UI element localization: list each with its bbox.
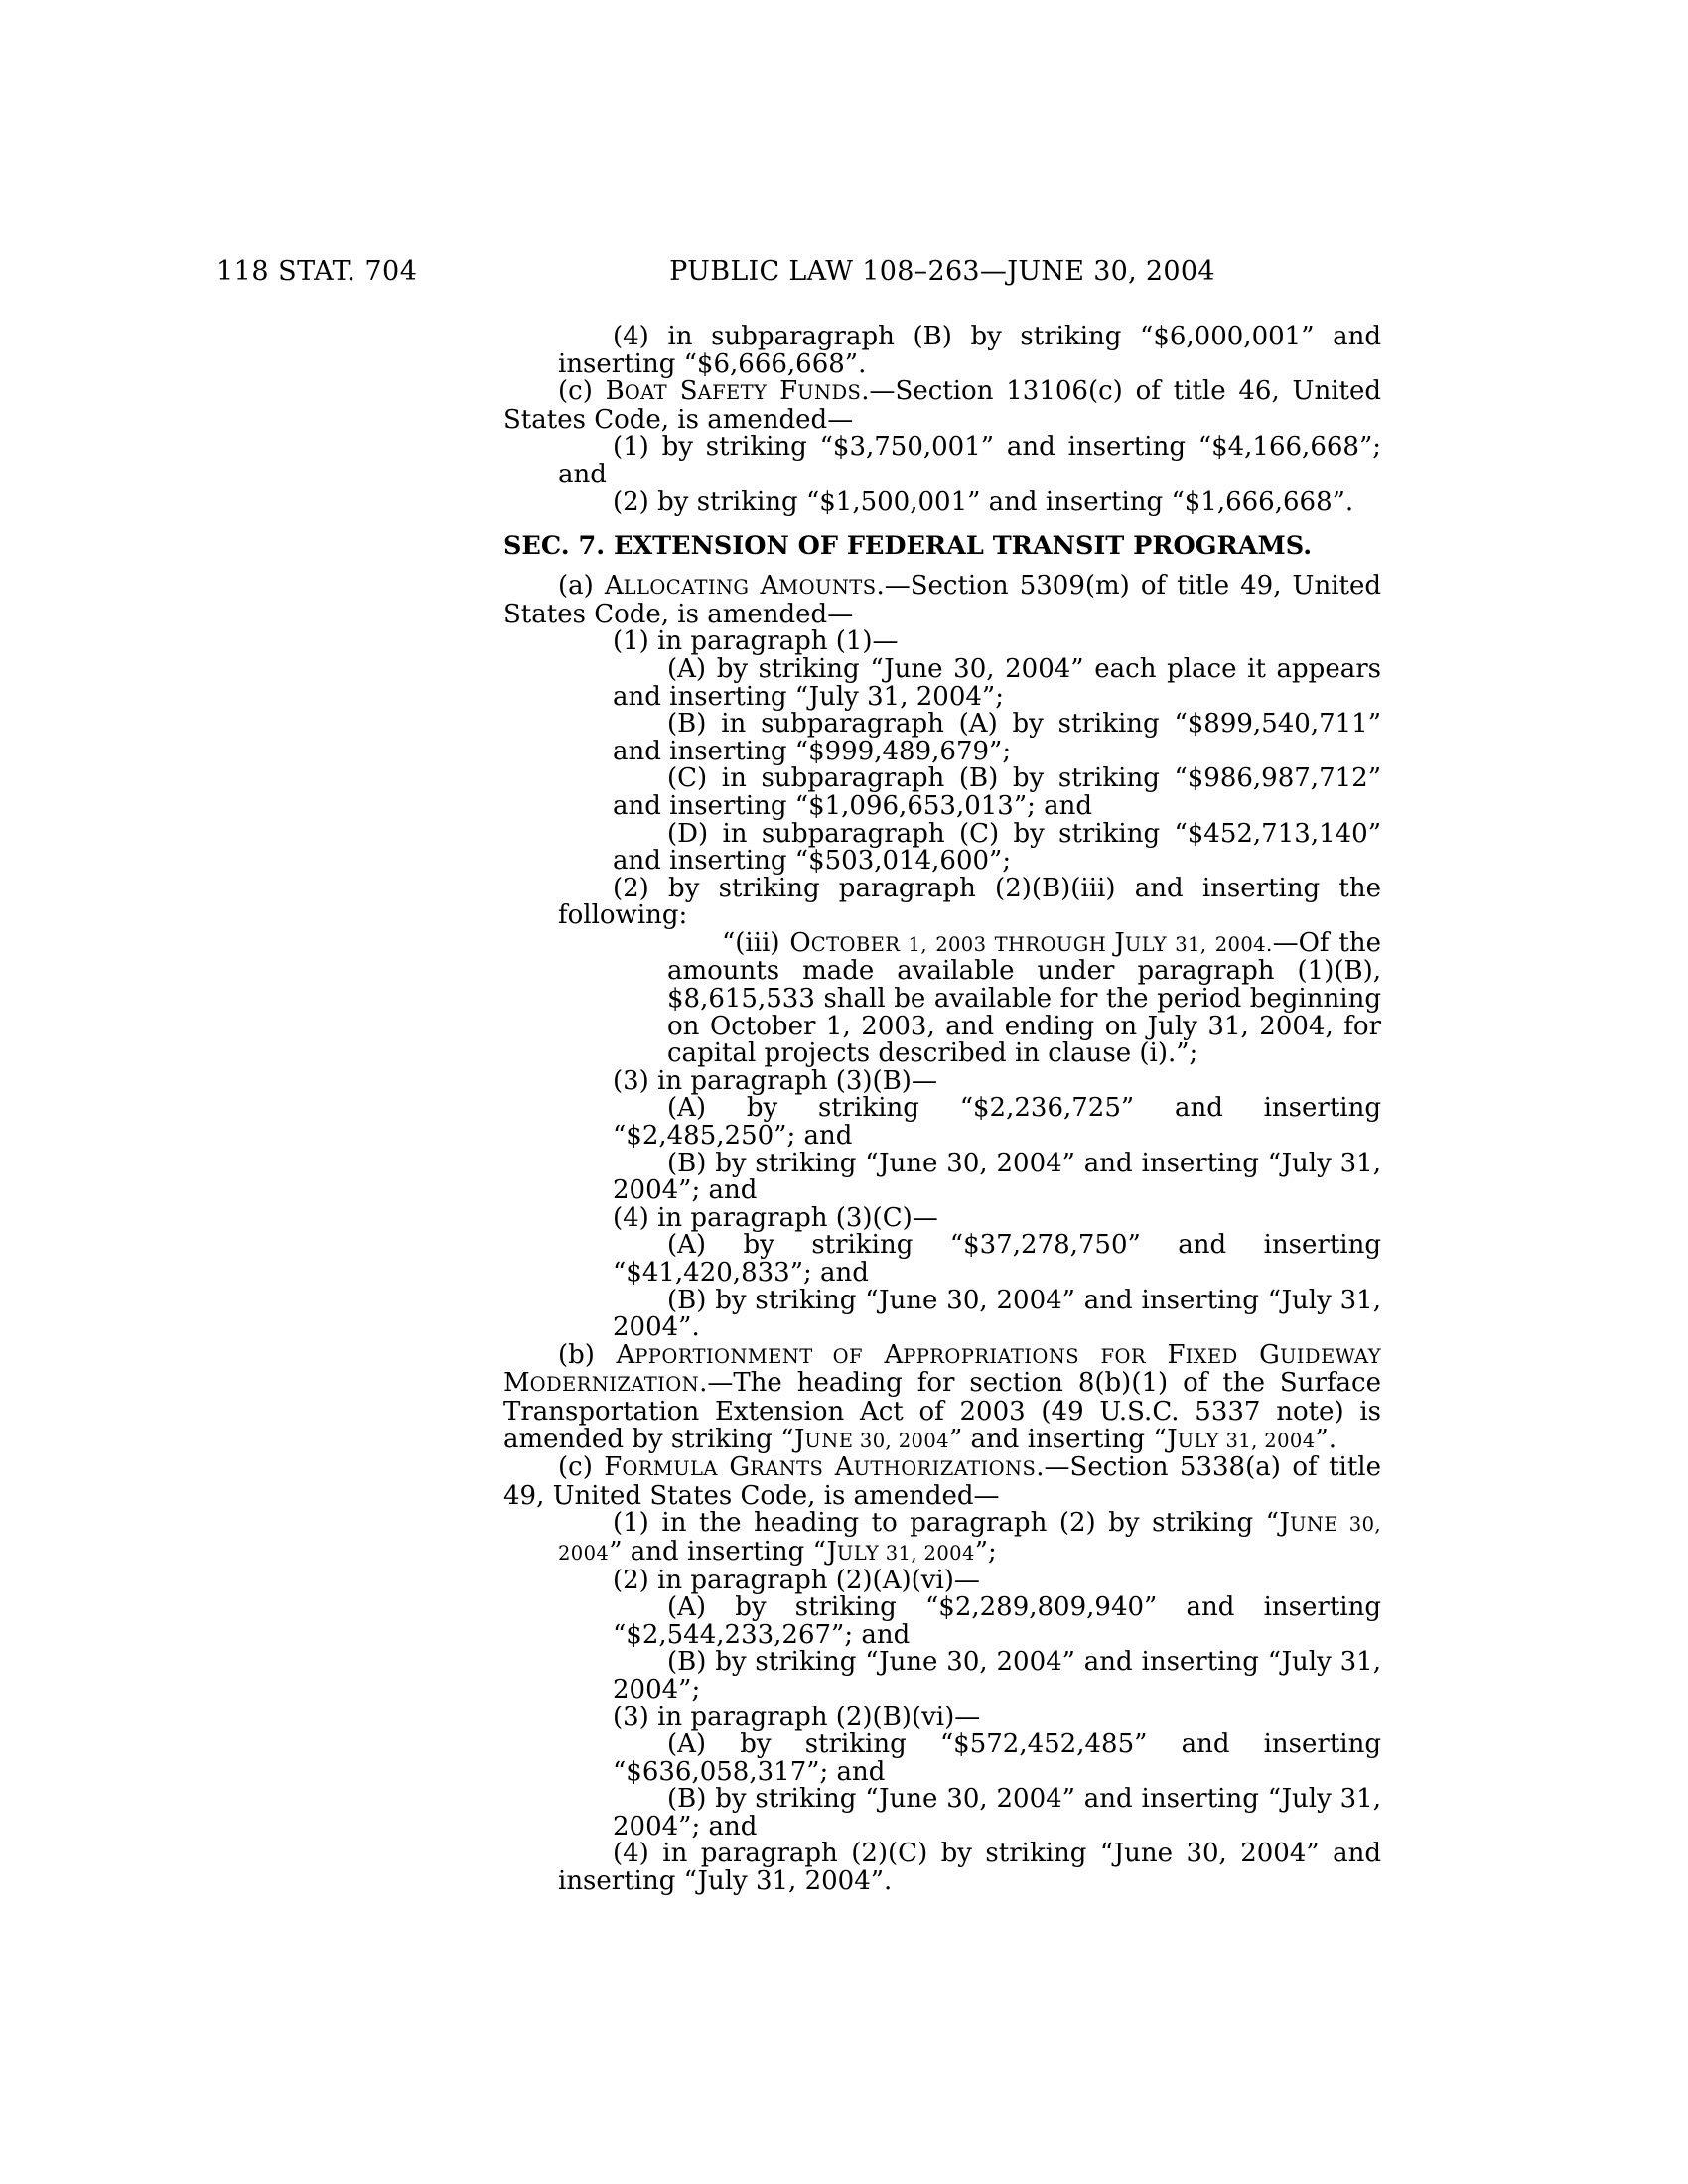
text-run: (B) by striking “June 30, 2004” and inse… [613,1647,1381,1705]
statute-paragraph: (A) by striking “June 30, 2004” each pla… [613,656,1381,711]
statute-paragraph: (4) in subparagraph (B) by striking “$6,… [558,324,1381,378]
stat-page-number: 118 STAT. 704 [216,256,417,288]
text-run: (4) in paragraph (3)(C)— [613,1203,938,1233]
small-caps-run: UIDEWAY [1280,1345,1381,1368]
statute-paragraph: (c) BOAT SAFETY FUNDS.—Section 13106(c) … [503,378,1381,434]
text-run: (2) by striking “$1,500,001” and inserti… [613,487,1353,517]
small-caps-run: PPORTIONMENT OF [634,1345,863,1368]
text-run: (A) by striking “June 30, 2004” each pla… [613,654,1381,712]
text-run: (B) by striking “June 30, 2004” and inse… [613,1149,1381,1206]
text-run: ”; [975,1537,997,1567]
text-run [1079,1340,1101,1370]
small-caps-run: MOUNTS [778,576,876,599]
small-caps-run: UNE 30, 2004 [804,1430,949,1452]
statute-paragraph: “(iii) OCTOBER 1, 2003 THROUGH JULY 31, … [667,930,1381,1068]
statute-paragraph: (c) FORMULA GRANTS AUTHORIZATIONS.—Secti… [503,1454,1381,1510]
text-run: (2) in paragraph (2)(A)(vi)— [613,1566,980,1595]
small-caps-run: ORMULA [622,1457,718,1480]
small-caps-run: LLOCATING [624,576,750,599]
text-run: G [1238,1340,1280,1370]
text-run: (C) in subparagraph (B) by striking “$98… [613,763,1381,821]
text-run: (b) A [558,1340,634,1370]
statute-paragraph: (1) in the heading to paragraph (2) by s… [558,1510,1381,1567]
law-title: PUBLIC LAW 108–263—JUNE 30, 2004 [503,256,1381,288]
text-run: F [767,376,797,406]
statute-paragraph: (4) in paragraph (2)(C) by striking “Jun… [558,1841,1381,1895]
small-caps-run: CTOBER 1, 2003 THROUGH [811,933,1115,956]
text-run: (2) by striking paragraph (2)(B)(iii) an… [558,874,1381,931]
text-run: ” and inserting “J [609,1537,837,1567]
small-caps-run: ULY 31, 2004 [1178,1430,1316,1452]
text-run: (1) in paragraph (1)— [613,626,899,656]
small-caps-run: ULY 31, 2004. [1125,933,1273,956]
text-run: ” and inserting “J [949,1425,1178,1454]
statute-paragraph: (b) APPORTIONMENT OF APPROPRIATIONS FOR … [503,1342,1381,1454]
small-caps-run: UTHORIZATIONS [854,1457,1037,1480]
text-run: (c) B [558,376,625,406]
text-run: (A) by striking “$572,452,485” and inser… [613,1729,1381,1787]
text-run: (A) by striking “$37,278,750” and insert… [613,1230,1381,1288]
text-run: (3) in paragraph (3)(B)— [613,1066,937,1096]
statute-paragraph: (2) by striking “$1,500,001” and inserti… [558,489,1381,517]
statute-paragraph: (D) in subparagraph (C) by striking “$45… [613,821,1381,876]
small-caps-run: ODERNIZATION [530,1373,699,1396]
text-run: (4) in subparagraph (B) by striking “$6,… [558,322,1381,379]
statute-paragraph: (2) in paragraph (2)(A)(vi)— [558,1568,1381,1595]
small-caps-run: AFETY [698,381,768,404]
document-body: (4) in subparagraph (B) by striking “$6,… [503,324,1381,1896]
text-run: F [1146,1340,1186,1370]
section-heading: SEC. 7. EXTENSION OF FEDERAL TRANSIT PRO… [503,532,1381,560]
statute-paragraph: (B) by striking “June 30, 2004” and inse… [613,1649,1381,1704]
statute-paragraph: (B) by striking “June 30, 2004” and inse… [613,1288,1381,1342]
text-run: ”. [1316,1425,1337,1454]
text-run: (1) by striking “$3,750,001” and inserti… [558,432,1381,489]
statute-paragraph: (B) by striking “June 30, 2004” and inse… [613,1151,1381,1205]
small-caps-run: RANTS [750,1457,823,1480]
small-caps-run: IXED [1186,1345,1238,1368]
text-run: J [1114,928,1124,958]
text-run: A [823,1452,853,1482]
statute-paragraph: (A) by striking “$2,289,809,940” and ins… [613,1594,1381,1649]
statute-paragraph: (a) ALLOCATING AMOUNTS.—Section 5309(m) … [503,573,1381,628]
statute-paragraph: (3) in paragraph (3)(B)— [558,1068,1381,1096]
text-run: (c) F [558,1452,622,1482]
statute-paragraph: (B) by striking “June 30, 2004” and inse… [613,1786,1381,1841]
text-run: (B) by striking “June 30, 2004” and inse… [613,1286,1381,1343]
text-run: G [718,1452,750,1482]
text-run: (a) A [558,571,624,601]
text-run: A [863,1340,903,1370]
text-run: (4) in paragraph (2)(C) by striking “Jun… [558,1839,1381,1896]
text-run: (1) in the heading to paragraph (2) by s… [613,1508,1290,1538]
statute-paragraph: (1) by striking “$3,750,001” and inserti… [558,434,1381,488]
text-run: (B) in subparagraph (A) by striking “$89… [613,709,1381,766]
statute-paragraph: (3) in paragraph (2)(B)(vi)— [558,1705,1381,1732]
statute-paragraph: (B) in subparagraph (A) by striking “$89… [613,711,1381,765]
text-run: (A) by striking “$2,236,725” and inserti… [613,1093,1381,1151]
statute-paragraph: (4) in paragraph (3)(C)— [558,1205,1381,1233]
statute-paragraph: (A) by striking “$572,452,485” and inser… [613,1731,1381,1786]
statute-paragraph: (A) by striking “$2,236,725” and inserti… [613,1095,1381,1150]
text-run: (D) in subparagraph (C) by striking “$45… [613,819,1381,877]
text-run: (A) by striking “$2,289,809,940” and ins… [613,1592,1381,1650]
text-run: (B) by striking “June 30, 2004” and inse… [613,1784,1381,1842]
statute-paragraph: (A) by striking “$37,278,750” and insert… [613,1232,1381,1287]
text-run: M [503,1368,530,1398]
text-run: A [749,571,778,601]
statute-paragraph: (C) in subparagraph (B) by striking “$98… [613,765,1381,820]
small-caps-run: ULY 31, 2004 [837,1542,975,1565]
small-caps-run: UNDS [797,381,861,404]
text-run: (3) in paragraph (2)(B)(vi)— [613,1703,980,1732]
small-caps-run: PPROPRIATIONS [903,1345,1079,1368]
page-header: 118 STAT. 704 PUBLIC LAW 108–263—JUNE 30… [0,256,1688,288]
small-caps-run: OAT [625,381,667,404]
text-run: S [667,376,698,406]
statute-paragraph: (1) in paragraph (1)— [558,628,1381,656]
text-run: “(iii) O [722,928,811,958]
small-caps-run: FOR [1101,1345,1146,1368]
statute-paragraph: (2) by striking paragraph (2)(B)(iii) an… [558,876,1381,930]
